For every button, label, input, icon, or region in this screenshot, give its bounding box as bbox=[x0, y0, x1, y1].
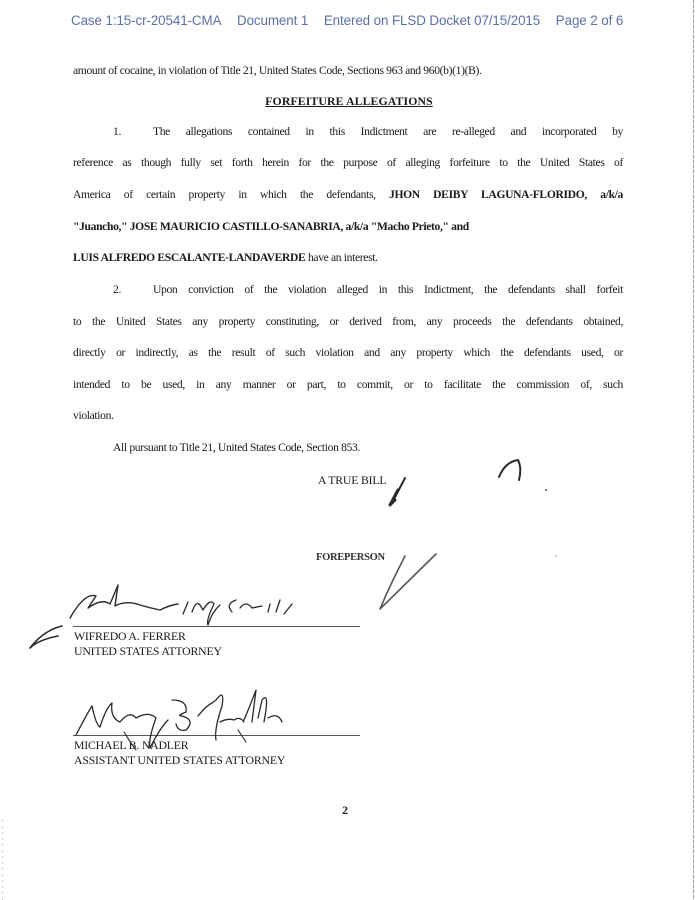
foreperson-label: FOREPERSON bbox=[316, 552, 385, 563]
para1-text1: The allegations contained in this Indict… bbox=[153, 125, 623, 138]
assistant-signature-line bbox=[73, 735, 360, 736]
para1-line3: America of certain property in which the… bbox=[73, 188, 623, 202]
para1-line2: reference as though fully set forth here… bbox=[73, 156, 623, 170]
attorney-name: WIFREDO A. FERRER bbox=[74, 629, 186, 643]
docket-header: Case 1:15-cr-20541-CMA Document 1 Entere… bbox=[71, 13, 635, 28]
para2-line5: violation. bbox=[73, 409, 623, 423]
assistant-title: ASSISTANT UNITED STATES ATTORNEY bbox=[74, 753, 285, 767]
para2-number: 2. bbox=[113, 283, 153, 297]
para2-text1: Upon conviction of the violation alleged… bbox=[153, 283, 623, 296]
page-indicator: Page 2 of 6 bbox=[556, 13, 623, 28]
closing-line: All pursuant to Title 21, United States … bbox=[113, 441, 663, 455]
opening-line: amount of cocaine, in violation of Title… bbox=[73, 64, 623, 78]
para1-number: 1. bbox=[113, 125, 153, 139]
document-page: Case 1:15-cr-20541-CMA Document 1 Entere… bbox=[0, 0, 698, 900]
para2-line2: to the United States any property consti… bbox=[73, 315, 623, 329]
scan-edge-right bbox=[693, 0, 694, 900]
section-heading: FORFEITURE ALLEGATIONS bbox=[0, 94, 698, 109]
para2-line4: intended to be used, in any manner or pa… bbox=[73, 378, 623, 392]
para1-line1: 1.The allegations contained in this Indi… bbox=[113, 125, 623, 139]
attorney-signature-line bbox=[73, 626, 360, 627]
true-bill: A TRUE BILL bbox=[318, 473, 386, 487]
para1-line4: "Juancho," JOSE MAURICIO CASTILLO-SANABR… bbox=[73, 220, 623, 234]
para2-line3: directly or indirectly, as the result of… bbox=[73, 346, 623, 360]
para1-text5: have an interest. bbox=[308, 251, 378, 264]
para1-text3: America of certain property in which the… bbox=[73, 188, 376, 201]
page-number: 2 bbox=[0, 803, 690, 818]
docket-entry: Entered on FLSD Docket 07/15/2015 bbox=[324, 13, 540, 28]
case-number: Case 1:15-cr-20541-CMA bbox=[71, 13, 221, 28]
assistant-name: MICHAEL B. NADLER bbox=[74, 738, 188, 752]
para1-line5: LUIS ALFREDO ESCALANTE-LANDAVERDE have a… bbox=[73, 251, 623, 265]
scan-edge-left bbox=[2, 820, 3, 900]
para2-line1: 2.Upon conviction of the violation alleg… bbox=[113, 283, 623, 297]
document-number: Document 1 bbox=[237, 13, 308, 28]
defendant-1: JHON DEIBY LAGUNA-FLORIDO, a/k/a bbox=[389, 188, 623, 201]
defendant-3: LUIS ALFREDO ESCALANTE-LANDAVERDE bbox=[73, 251, 305, 264]
attorney-title: UNITED STATES ATTORNEY bbox=[74, 644, 222, 658]
